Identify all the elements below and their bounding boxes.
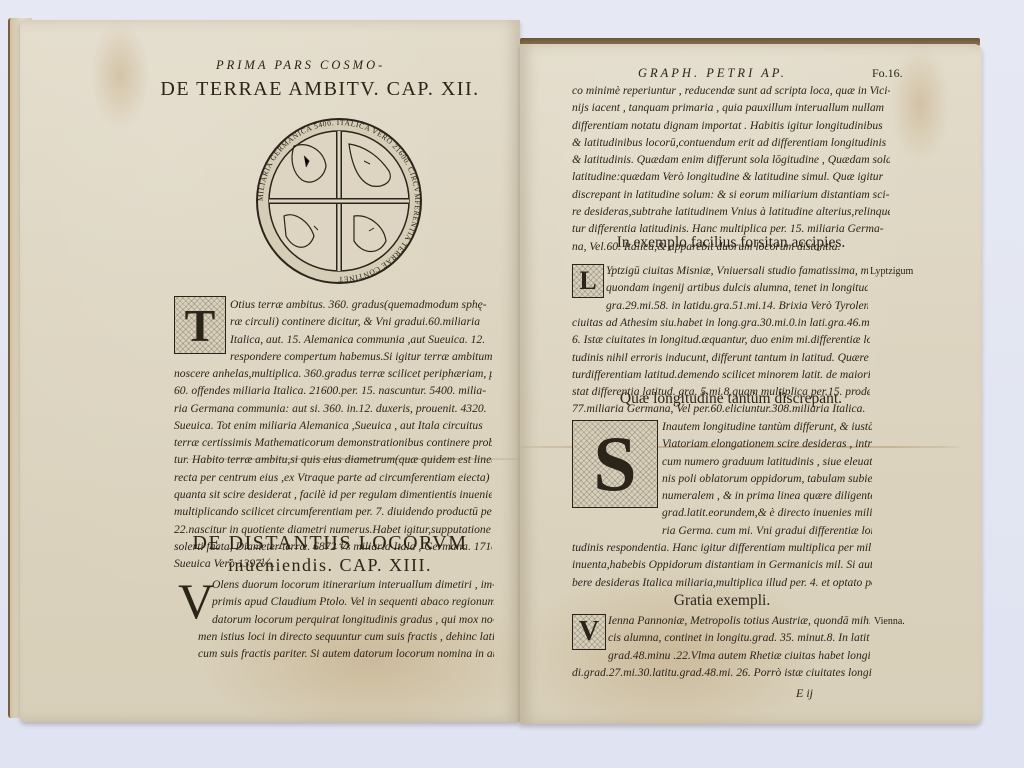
- text-line: Italica, aut. 15. Alemanica communia ,au…: [230, 331, 492, 348]
- water-stain: [890, 44, 950, 164]
- text-line: nijs iacent , tanquam primaria , quia pa…: [572, 99, 890, 116]
- text-line: Ienna Pannoniæ, Metropolis totius Austri…: [608, 612, 870, 629]
- subheading-exemplo: In exemplo facilius forsitan accipies.: [572, 234, 890, 252]
- text-line: gra.29.mi.58. in latidu.gra.51.mi.14. Br…: [606, 297, 868, 314]
- text-line: turdifferentiam latitud.demendo scilicet…: [572, 366, 870, 383]
- text-line: tur. Habito terræ ambitu,si quis eius di…: [174, 451, 492, 468]
- text-line: Yptzigū ciuitas Misniæ, Vniuersali studi…: [606, 262, 868, 279]
- text-line: cis alumna, continet in longitu.grad. 35…: [608, 629, 870, 646]
- text-line: discrepant in latitudine solum: & si eor…: [572, 186, 890, 203]
- text-line: bere desideras Italica miliaria,multipli…: [572, 574, 872, 591]
- text-line: ria Germa. cum mi. Vni gradui differenti…: [662, 522, 872, 539]
- chapter-title: DE TERRAE AMBITV. CAP. XII.: [150, 78, 490, 100]
- text-line: 6. Istæ ciuitates in longitud.æquantur, …: [572, 331, 870, 348]
- text-line: cum numero graduum latitudinis , siue el…: [662, 453, 872, 470]
- signature-mark: E ij: [796, 686, 813, 701]
- decorated-initial-t: T: [174, 296, 226, 354]
- text-line: quanta sit scire desiderat , facilè id p…: [174, 486, 492, 503]
- text-line: tudinis respondentia. Hanc igitur differ…: [572, 539, 872, 556]
- text-line: 60. offendes miliaria Italica. 21600.per…: [174, 382, 492, 399]
- text-line: ciuitas ad Athesim siu.habet in long.gra…: [572, 314, 870, 331]
- text-line: nis poli oblatorum oppidorum, tabulam su…: [662, 470, 872, 487]
- paragraph-longitudine-head: Inautem longitudine tantùm differunt, & …: [662, 418, 872, 539]
- text-line: primis apud Claudium Ptolo. Vel in seque…: [198, 593, 494, 610]
- text-line: inuenta,habebis Oppidorum distantiam in …: [572, 556, 872, 573]
- text-line: & latitudinibus locorū,contuendum erit a…: [572, 134, 890, 151]
- open-book: PRIMA PARS COSMO- DE TERRAE AMBITV. CAP.…: [0, 0, 1024, 768]
- water-stain: [90, 20, 150, 130]
- right-page: GRAPH. PETRI AP. Fo.16. co minimè reperi…: [520, 44, 982, 724]
- text-line: differentiam notatu dignam importat . Ha…: [572, 117, 890, 134]
- text-line: multiplicando scilicet circumferentiam p…: [174, 503, 492, 520]
- text-line: men istius loci in directo sequuntur cum…: [198, 628, 494, 645]
- text-line: latitudine:quædam Verò longitudine & lat…: [572, 168, 890, 185]
- text-line: ræ circuli) continere dicitur, & Vni gra…: [230, 313, 492, 330]
- chapter-title-xiii-line1: DE DISTANTIIS LOCORVM: [160, 532, 500, 554]
- text-line: di.grad.27.mi.30.latitu.grad.48.mi. 26. …: [572, 664, 872, 681]
- paragraph-lyptzigum-head: Yptzigū ciuitas Misniæ, Vniuersali studi…: [606, 262, 868, 314]
- marginal-note-lyptzigum: Lyptzigum: [870, 266, 913, 277]
- paragraph-vienna-head: Ienna Pannoniæ, Metropolis totius Austri…: [608, 612, 870, 664]
- paragraph-longitudine: tudinis respondentia. Hanc igitur differ…: [572, 539, 872, 591]
- text-line: grad.latit.eorundem,& è directo inuenies…: [662, 504, 872, 521]
- text-line: co minimè reperiuntur , reducendæ sunt a…: [572, 82, 890, 99]
- text-line: respondere compertum habemus.Si igitur t…: [230, 348, 492, 365]
- text-line: grad.48.minu .22.Vlma autem Rhetiæ ciuit…: [608, 647, 870, 664]
- text-line: terræ certissimis Mathematicorum demonst…: [174, 434, 492, 451]
- text-line: ria Germana communia: aut si. 360. in.12…: [174, 400, 492, 417]
- world-map-figure: MILIARIA GERMANICA 5400. ITALICA VERO 21…: [254, 116, 424, 254]
- decorated-initial-s: S: [572, 420, 658, 508]
- text-line: datorum locorum perquirat longitudinis g…: [198, 611, 494, 628]
- decorated-initial-l: L: [572, 264, 604, 298]
- paragraph-intro: Otius terræ ambitus. 360. gradus(quemadm…: [230, 296, 492, 365]
- text-line: Sueuica. Tot enim miliaria Alemanica ,Su…: [174, 417, 492, 434]
- text-line: cum suis fractis pariter. Si autem dator…: [198, 645, 494, 662]
- text-line: Inautem longitudine tantùm differunt, & …: [662, 418, 872, 435]
- paragraph-distances: Olens duorum locorum itinerarium interua…: [198, 576, 494, 662]
- marginal-note-vienna: Vienna.: [874, 616, 905, 627]
- subheading-longitudine: Quæ longitudine tantùm discrepant.: [572, 390, 890, 408]
- running-head: GRAPH. PETRI AP.: [638, 66, 787, 81]
- subheading-gratia-exempli: Gratia exempli.: [572, 592, 872, 610]
- folio-number: Fo.16.: [872, 66, 903, 81]
- text-line: quondam ingenij artibus dulcis alumna, t…: [606, 279, 868, 296]
- text-line: Otius terræ ambitus. 360. gradus(quemadm…: [230, 296, 492, 313]
- paragraph-continued: co minimè reperiuntur , reducendæ sunt a…: [572, 82, 890, 255]
- text-line: & latitudinis. Quædam enim differunt sol…: [572, 151, 890, 168]
- text-line: noscere anhelas,multiplica. 360.gradus t…: [174, 365, 492, 382]
- text-line: Viatoriam elongationem scire desideras ,…: [662, 435, 872, 452]
- text-line: re desideras,subtrahe latitudinem Vnius …: [572, 203, 890, 220]
- running-head: PRIMA PARS COSMO-: [216, 58, 385, 73]
- text-line: Olens duorum locorum itinerarium interua…: [198, 576, 494, 593]
- text-line: numeralem , & in prima linea quære dilig…: [662, 487, 872, 504]
- world-map-icon: MILIARIA GERMANICA 5400. ITALICA VERO 21…: [254, 116, 424, 286]
- text-line: tudinis nihil erroris inducunt, differun…: [572, 349, 870, 366]
- left-page: PRIMA PARS COSMO- DE TERRAE AMBITV. CAP.…: [20, 20, 520, 722]
- text-line: recta per centrum eius ,ex Vtraque parte…: [174, 469, 492, 486]
- decorated-initial-v: V: [572, 614, 606, 650]
- paragraph-vienna: di.grad.27.mi.30.latitu.grad.48.mi. 26. …: [572, 664, 872, 681]
